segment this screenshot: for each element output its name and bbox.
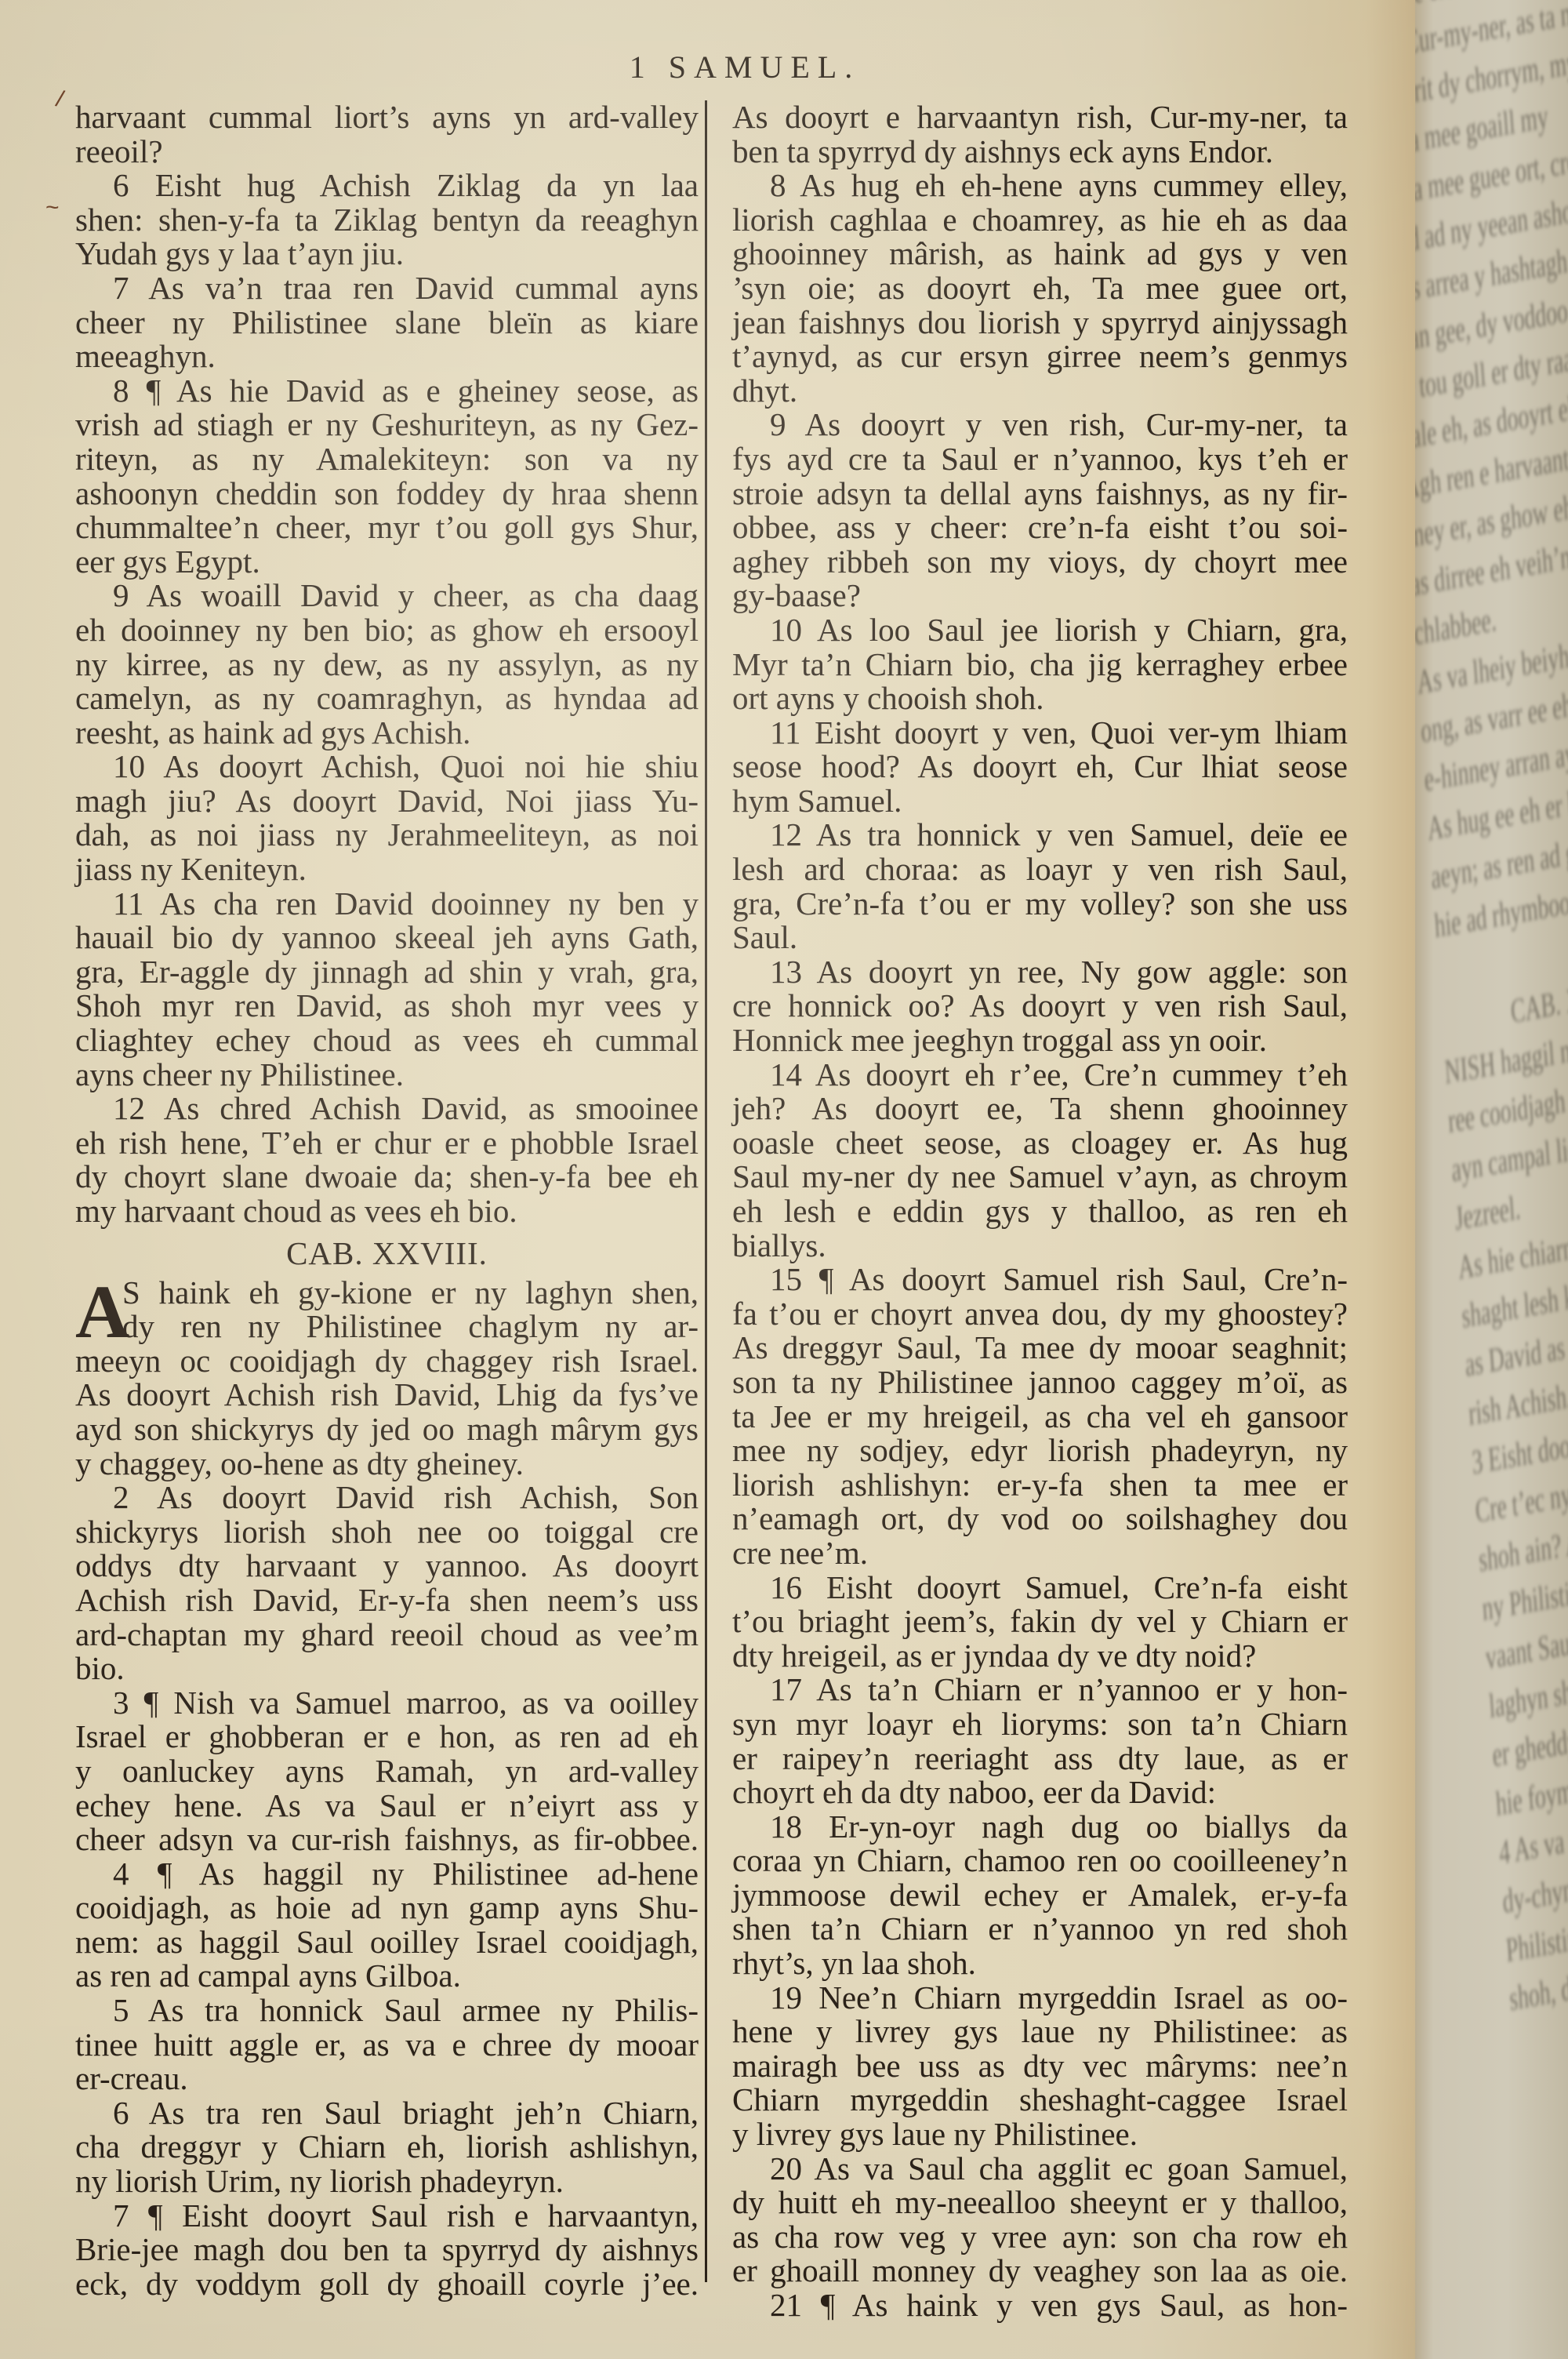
text-line: jean faishnys dou liorish y spyrryd ainj… <box>732 306 1348 340</box>
text-line: tinee huitt aggle er, as va e chree dy m… <box>75 2028 699 2063</box>
text-line: rhyt’s, yn laa shoh. <box>732 1946 1348 1981</box>
text-line: 14 As dooyrt eh r’ee, Cre’n cummey t’eh <box>732 1058 1348 1092</box>
text-line: reeoil? <box>75 135 699 169</box>
text-line: S haink eh gy-kione er ny laghyn shen, <box>75 1276 699 1310</box>
text-line: meeyn oc cooidjagh dy chaggey rish Israe… <box>75 1344 699 1379</box>
text-line: 12 As tra honnick y ven Samuel, deïe ee <box>732 818 1348 852</box>
text-line: mairagh bee uss as dty vec mâryms: nee’n <box>732 2049 1348 2084</box>
text-line: ben ta spyrryd dy aishnys eck ayns Endor… <box>732 135 1348 169</box>
text-line: As dooyrt e harvaantyn rish, Cur-my-ner,… <box>732 100 1348 135</box>
text-line: mee ny sodjey, edyr liorish phadeyryn, n… <box>732 1434 1348 1468</box>
text-line: oddys dty harvaant y yannoo. As dooyrt <box>75 1549 699 1583</box>
right-column: As dooyrt e harvaantyn rish, Cur-my-ner,… <box>732 100 1348 2323</box>
text-line: Achish rish David, Er-y-fa shen neem’s u… <box>75 1583 699 1618</box>
text-line: cliaghtey echey choud as vees eh cummal <box>75 1023 699 1058</box>
left-column: harvaant cummal liort’s ayns yn ard-vall… <box>75 100 699 2301</box>
text-line: ooasle cheet seose, as cloagey er. As hu… <box>732 1126 1348 1161</box>
text-line: ayns cheer ny Philistinee. <box>75 1058 699 1092</box>
text-line: dty hreigeil, as er jyndaa dy ve dty noi… <box>732 1639 1348 1674</box>
drop-cap: A <box>75 1278 129 1347</box>
text-line: jeh? As dooyrt ee, Ta shenn ghooinney <box>732 1092 1348 1126</box>
text-line: stroie adsyn ta dellal ayns faishnys, as… <box>732 477 1348 511</box>
text-line: harvaant cummal liort’s ayns yn ard-vall… <box>75 100 699 135</box>
text-line: 4 ¶ As haggil ny Philistinee ad-hene <box>75 1857 699 1892</box>
text-line: fa t’ou er choyrt anvea dou, dy my ghoos… <box>732 1297 1348 1332</box>
text-line: syn myr loayr eh lioryms: son ta’n Chiar… <box>732 1707 1348 1742</box>
running-head: 1 SAMUEL. <box>627 49 862 85</box>
text-line: 11 Eisht dooyrt y ven, Quoi ver-ym lhiam <box>732 716 1348 751</box>
text-line: shickyrys liorish shoh nee oo toiggal cr… <box>75 1515 699 1550</box>
text-line: 13 As dooyrt yn ree, Ny gow aggle: son <box>732 955 1348 990</box>
text-line: ard-chaptan my ghard reeoil choud as vee… <box>75 1618 699 1652</box>
text-line: jymmoose dewil echey er Amalek, er-y-fa <box>732 1878 1348 1913</box>
text-line: ’syn oie; as dooyrt eh, Ta mee guee ort, <box>732 271 1348 306</box>
facing-page: yn ree erbee, as dtyeh, Cur-my-ner, as t… <box>1415 0 1568 2359</box>
text-line: y oanluckey ayns Ramah, yn ard-valley <box>75 1754 699 1789</box>
facing-page-text: yn ree erbee, as dtyeh, Cur-my-ner, as t… <box>1415 0 1568 2025</box>
text-line: t’aynyd, as cur ersyn girree neem’s genm… <box>732 340 1348 374</box>
text-line: 8 ¶ As hie David as e gheiney seose, as <box>75 374 699 409</box>
text-line: ort ayns y chooish shoh. <box>732 682 1348 716</box>
text-line: shen: shen-y-fa ta Ziklag bentyn da reea… <box>75 203 699 238</box>
text-line: aghey ribbeh son my vioys, dy choyrt mee <box>732 545 1348 580</box>
text-line: magh jiu? As dooyrt David, Noi jiass Yu- <box>75 784 699 819</box>
text-line: dhyt. <box>732 374 1348 409</box>
text-line: Yudah gys y laa t’ayn jiu. <box>75 237 699 271</box>
text-line: 15 ¶ As dooyrt Samuel rish Saul, Cre’n- <box>732 1263 1348 1297</box>
text-line: t’ou briaght jeem’s, fakin dy vel y Chia… <box>732 1605 1348 1639</box>
text-line: 3 ¶ Nish va Samuel marroo, as va ooilley <box>75 1686 699 1721</box>
text-line: son ta ny Philistinee jannoo caggey m’oï… <box>732 1365 1348 1400</box>
text-line: 8 As hug eh eh-hene ayns cummey elley, <box>732 169 1348 203</box>
text-line: liorish caghlaa e choamrey, as hie eh as… <box>732 203 1348 238</box>
text-line: er raipey’n reeriaght ass dty laue, as e… <box>732 1742 1348 1776</box>
chapter-heading: CAB. XXVIII. <box>75 1237 699 1276</box>
text-line: 6 Eisht hug Achish Ziklag da yn laa <box>75 169 699 203</box>
text-line: gra, Er-aggle dy jinnagh ad shin y vrah,… <box>75 955 699 990</box>
text-line: camelyn, as ny coamraghyn, as hyndaa ad <box>75 682 699 716</box>
text-line: as cha row veg y vree ayn: son cha row e… <box>732 2220 1348 2255</box>
text-line: gra, Cre’n-fa t’ou er my volley? son she… <box>732 887 1348 921</box>
margin-pencil-mark: ~ <box>45 194 60 221</box>
text-line: hym Samuel. <box>732 784 1348 819</box>
book-page: 1 SAMUEL. harvaant cummal liort’s ayns y… <box>0 0 1423 2359</box>
text-line: Brie-jee magh dou ben ta spyrryd dy aish… <box>75 2233 699 2267</box>
text-line: eh rish hene, T’eh er chur er e phobble … <box>75 1126 699 1161</box>
text-line: Shoh myr ren David, as shoh myr vees y <box>75 989 699 1023</box>
text-line: gy-baase? <box>732 579 1348 613</box>
text-line: 17 As ta’n Chiarn er n’yannoo er y hon- <box>732 1673 1348 1707</box>
text-line: 16 Eisht dooyrt Samuel, Cre’n-fa eisht <box>732 1571 1348 1605</box>
text-line: er ghoaill monney dy veaghey son laa as … <box>732 2254 1348 2288</box>
text-line: coraa yn Chiarn, chamoo ren oo cooilleen… <box>732 1844 1348 1878</box>
text-line: reesht, as haink ad gys Achish. <box>75 716 699 751</box>
text-line: 18 Er-yn-oyr nagh dug oo biallys da <box>732 1810 1348 1845</box>
text-line: cre honnick oo? As dooyrt y ven rish Sau… <box>732 989 1348 1023</box>
margin-pencil-mark: / <box>53 85 67 113</box>
text-line: biallys. <box>732 1229 1348 1263</box>
text-line: fys ayd cre ta Saul er n’yannoo, kys t’e… <box>732 442 1348 477</box>
text-line: hauail bio dy yannoo skeeal jeh ayns Gat… <box>75 921 699 955</box>
text-line: As dooyrt Achish rish David, Lhig da fys… <box>75 1378 699 1412</box>
text-line: cooidjagh, as hoie ad nyn gamp ayns Shu- <box>75 1891 699 1925</box>
text-line: dah, as noi jiass ny Jerahmeeliteyn, as … <box>75 818 699 852</box>
text-line: dy choyrt slane dwoaie da; shen-y-fa bee… <box>75 1160 699 1194</box>
text-line: riteyn, as ny Amalekiteyn: son va ny <box>75 442 699 477</box>
text-line: ny kirree, as ny dew, as ny assylyn, as … <box>75 648 699 682</box>
text-line: cre nee’m. <box>732 1536 1348 1571</box>
text-line: 2 As dooyrt David rish Achish, Son <box>75 1481 699 1515</box>
text-line: 10 As dooyrt Achish, Quoi noi hie shiu <box>75 750 699 784</box>
text-line: Honnick mee jeeghyn troggal ass yn ooir. <box>732 1023 1348 1058</box>
text-line: cheer adsyn va cur-rish faishnys, as fir… <box>75 1823 699 1857</box>
text-line: 7 ¶ Eisht dooyrt Saul rish e harvaantyn, <box>75 2199 699 2234</box>
text-line: choyrt eh da dty naboo, eer da David: <box>732 1776 1348 1810</box>
text-line: 12 As chred Achish David, as smooinee <box>75 1092 699 1126</box>
text-line: shen ta’n Chiarn er n’yannoo yn red shoh <box>732 1912 1348 1946</box>
text-line: seose hood? As dooyrt eh, Cur lhiat seos… <box>732 750 1348 784</box>
text-line: dy huitt eh my-neealloo sheeynt er y tha… <box>732 2186 1348 2220</box>
text-line: 7 As va’n traa ren David cummal ayns <box>75 271 699 306</box>
text-line: ayd son shickyrys dy jed oo magh mârym g… <box>75 1412 699 1447</box>
text-line: er-creau. <box>75 2062 699 2096</box>
text-line: cheer ny Philistinee slane bleïn as kiar… <box>75 306 699 340</box>
text-line: y chaggey, oo-hene as dty gheiney. <box>75 1447 699 1481</box>
text-line: ny liorish Urim, ny liorish phadeyryn. <box>75 2165 699 2199</box>
text-line: Saul my-ner dy nee Samuel v’ayn, as chro… <box>732 1160 1348 1194</box>
text-line: ta Jee er my hreigeil, as cha vel eh gan… <box>732 1400 1348 1434</box>
text-line: As dreggyr Saul, Ta mee dy mooar seaghni… <box>732 1331 1348 1365</box>
text-line: 9 As woaill David y cheer, as cha daag <box>75 579 699 613</box>
text-line: 20 As va Saul cha agglit ec goan Samuel, <box>732 2152 1348 2186</box>
text-line: bio. <box>75 1652 699 1686</box>
text-line: lesh ard choraa: as loayr y ven rish Sau… <box>732 852 1348 887</box>
text-line: eh dooinney ny ben bio; as ghow eh ersoo… <box>75 613 699 648</box>
text-line: Saul. <box>732 921 1348 955</box>
text-line: vrish ad stiagh er ny Geshuriteyn, as ny… <box>75 408 699 442</box>
text-line: echey hene. As va Saul er n’eiyrt ass y <box>75 1789 699 1823</box>
text-line: eck, dy voddym goll dy ghoaill coyrle j’… <box>75 2267 699 2302</box>
text-line: liorish ashlishyn: er-y-fa shen ta mee e… <box>732 1468 1348 1503</box>
text-line: eh lesh e eddin gys y thalloo, as ren eh <box>732 1194 1348 1229</box>
text-line: chummaltee’n cheer, myr t’ou goll gys Sh… <box>75 511 699 545</box>
text-line: dy ren ny Philistinee chaglym ny ar- <box>75 1310 699 1344</box>
text-line: meeaghyn. <box>75 340 699 374</box>
text-line: Chiarn myrgeddin sheshaght-caggee Israel <box>732 2083 1348 2117</box>
text-line: cha dreggyr y Chiarn eh, liorish ashlish… <box>75 2130 699 2165</box>
text-line: 21 ¶ As haink y ven gys Saul, as hon- <box>732 2288 1348 2323</box>
text-line: 11 As cha ren David dooinney ny ben y <box>75 887 699 921</box>
text-line: eer gys Egypt. <box>75 545 699 580</box>
text-line: 9 As dooyrt y ven rish, Cur-my-ner, ta <box>732 408 1348 442</box>
text-line: my harvaant choud as vees eh bio. <box>75 1194 699 1229</box>
text-line: Myr ta’n Chiarn bio, cha jig kerraghey e… <box>732 648 1348 682</box>
text-line: 10 As loo Saul jee liorish y Chiarn, gra… <box>732 613 1348 648</box>
text-line: jiass ny Keniteyn. <box>75 852 699 887</box>
column-divider <box>705 100 707 2282</box>
text-line: Israel er ghobberan er e hon, as ren ad … <box>75 1720 699 1754</box>
text-line: as ren ad campal ayns Gilboa. <box>75 1959 699 1994</box>
text-line: hene y livrey gys laue ny Philistinee: a… <box>732 2015 1348 2049</box>
text-line: nem: as haggil Saul ooilley Israel cooid… <box>75 1925 699 1960</box>
text-line: y livrey gys laue ny Philistinee. <box>732 2117 1348 2152</box>
text-line: 6 As tra ren Saul briaght jeh’n Chiarn, <box>75 2096 699 2131</box>
text-line: ghooinney mârish, as haink ad gys y ven <box>732 237 1348 271</box>
text-line: ashoonyn cheddin son foddey dy hraa shen… <box>75 477 699 511</box>
text-line: 5 As tra honnick Saul armee ny Philis- <box>75 1994 699 2028</box>
text-line: n’eamagh ort, dy vod oo soilshaghey dou <box>732 1502 1348 1536</box>
text-line: 19 Nee’n Chiarn myrgeddin Israel as oo- <box>732 1981 1348 2016</box>
text-line: obbee, ass y cheer: cre’n-fa eisht t’ou … <box>732 511 1348 545</box>
